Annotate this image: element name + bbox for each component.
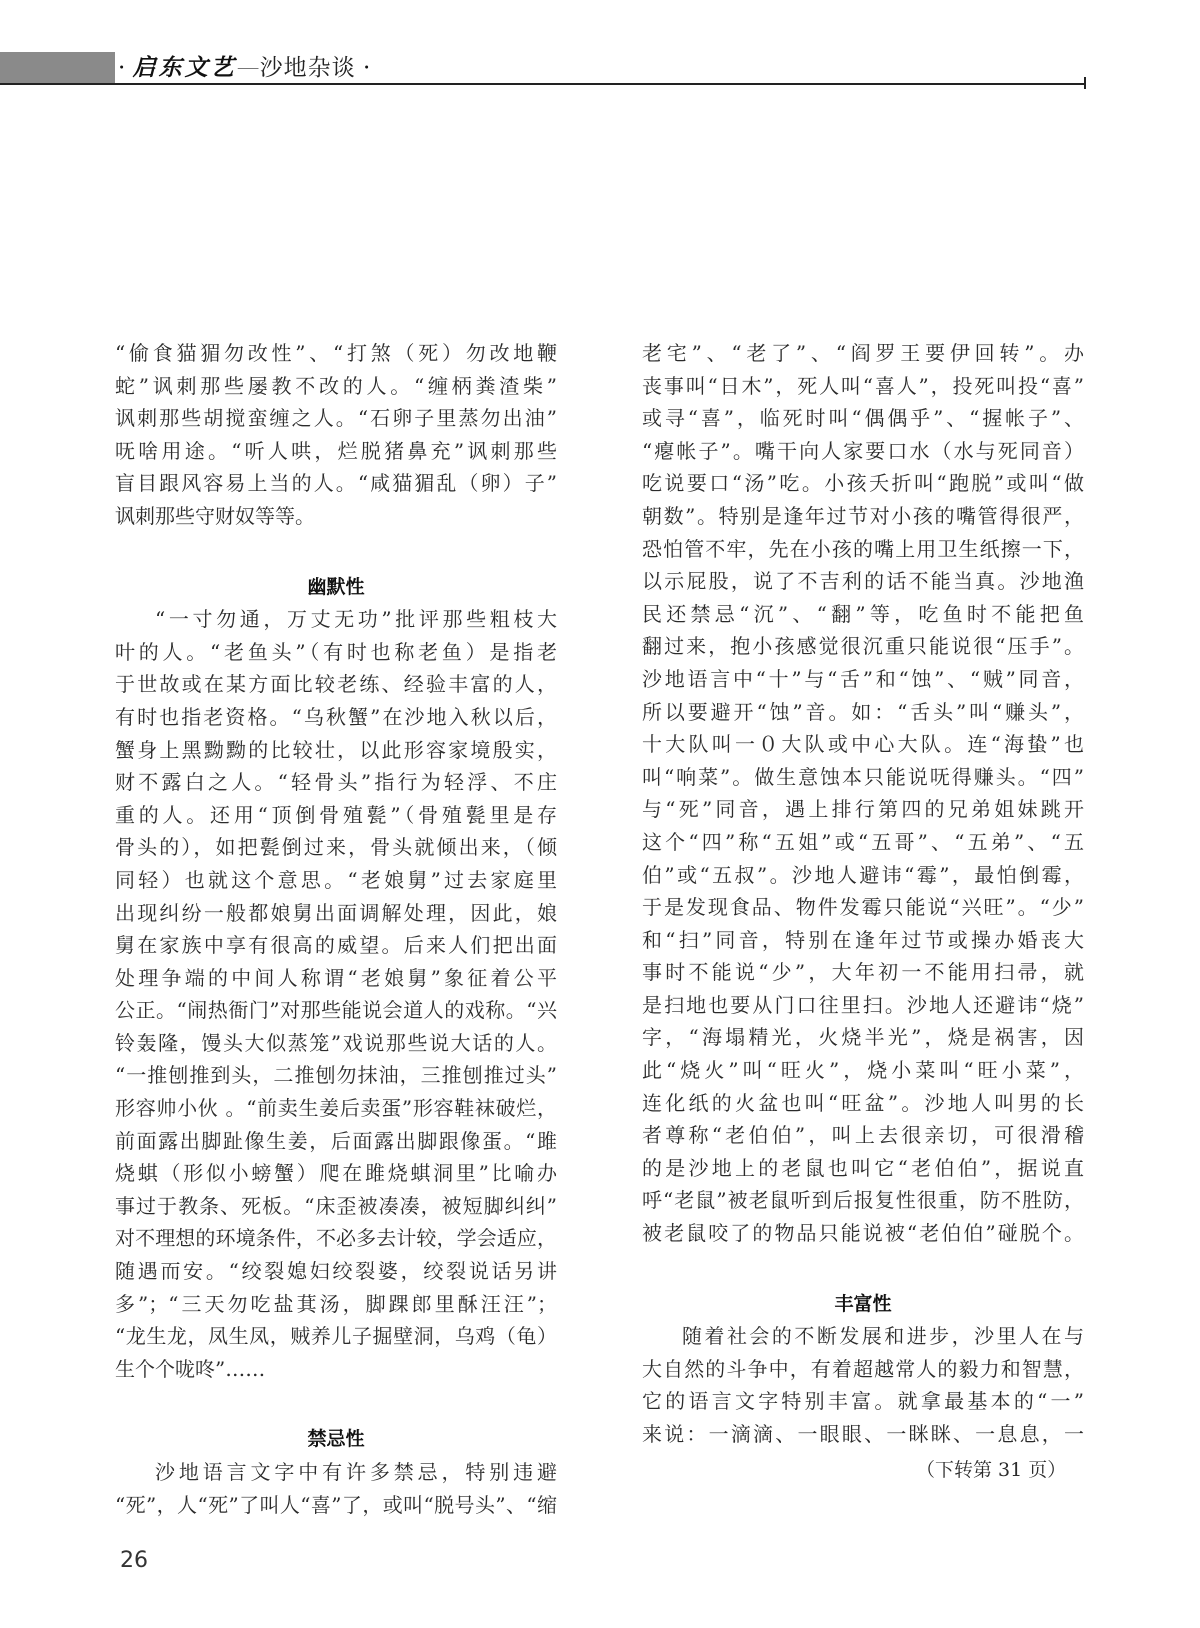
text-line: 朝数”。特别是逢年过节对小孩的嘴管得很严， — [642, 500, 1084, 533]
right-column: 老宅”、“老了”、“阎罗王要伊回转”。办 丧事叫“日木”，死人叫“喜人”，投死叫… — [642, 337, 1084, 1451]
text-line: 与“死”同音，遇上排行第四的兄弟姐妹跳开 — [642, 793, 1084, 826]
text-line: 翻过来，抱小孩感觉很沉重只能说很“压手”。 — [642, 630, 1084, 663]
header-bullet-right: · — [363, 55, 370, 81]
header-rule-end-tick — [1084, 77, 1086, 89]
text-line: 呒啥用途。“听人哄，烂脱猪鼻充”讽刺那些 — [115, 435, 557, 468]
text-line: 形容帅小伙 。“前卖生姜后卖蛋”形容鞋袜破烂， — [115, 1092, 557, 1125]
text-line: 沙地语言中“十”与“舌”和“蚀”、“贼”同音， — [642, 663, 1084, 696]
text-line: 于世故或在某方面比较老练、经验丰富的人， — [115, 668, 557, 701]
text-line: 烧蜞（形似小螃蟹）爬在雎烧蜞洞里”比喻办 — [115, 1157, 557, 1190]
header-brand: 启东文艺 — [133, 54, 237, 81]
text-line: 老宅”、“老了”、“阎罗王要伊回转”。办 — [642, 337, 1084, 370]
text-line: 前面露出脚趾像生姜，后面露出脚跟像蛋。“雎 — [115, 1125, 557, 1158]
text-line: 吃说要口“汤”吃。小孩夭折叫“跑脱”或叫“做 — [642, 467, 1084, 500]
text-line: 处理争端的中间人称谓“老娘舅”象征着公平 — [115, 962, 557, 995]
text-line: 和“扫”同音，特别在逢年过节或操办婚丧大 — [642, 924, 1084, 957]
text-line: 对不理想的环境条件，不必多去计较，学会适应， — [115, 1222, 557, 1255]
header-gray-bar — [0, 52, 115, 84]
section-gap — [642, 1250, 1084, 1288]
text-line: “偷食猫猸勿改性”、“打煞（死）勿改地鞭 — [115, 337, 557, 370]
text-line: 以示屁股，说了不吉利的话不能当真。沙地渔 — [642, 565, 1084, 598]
taboo-paragraph-continued: 老宅”、“老了”、“阎罗王要伊回转”。办 丧事叫“日木”，死人叫“喜人”，投死叫… — [642, 337, 1084, 1250]
text-line: 随遇而安。“绞裂媳妇绞裂婆，绞裂说话另讲 — [115, 1255, 557, 1288]
text-line: 重的人。还用“顶倒骨殖甏”（骨殖甏里是存 — [115, 799, 557, 832]
humor-paragraph: “一寸勿通，万丈无功”批评那些粗枝大 叶的人。“老鱼头”（有时也称老鱼）是指老 … — [115, 603, 557, 1385]
text-line: 者尊称“老伯伯”，叫上去很亲切，可很滑稽 — [642, 1119, 1084, 1152]
section-heading-richness: 丰富性 — [642, 1288, 1084, 1321]
section-heading-taboo: 禁忌性 — [115, 1423, 557, 1456]
text-line: 随着社会的不断发展和进步，沙里人在与 — [642, 1320, 1084, 1353]
text-line: 所以要避开“蚀”音。如：“舌头”叫“赚头”， — [642, 696, 1084, 729]
taboo-paragraph: 沙地语言文字中有许多禁忌，特别违避 “死”，人“死”了叫人“喜”了，或叫“脱号头… — [115, 1456, 557, 1521]
text-line: “瘪帐子”。嘴干向人家要口水（水与死同音） — [642, 435, 1084, 468]
text-line: 蟹身上黑黝黝的比较壮，以此形容家境殷实， — [115, 734, 557, 767]
text-line: 盲目跟风容易上当的人。“咸猫猸乱（卵）子” — [115, 467, 557, 500]
text-line: 骨头的），如把甏倒过来，骨头就倾出来，（倾 — [115, 831, 557, 864]
text-line: 铃轰隆，馒头大似蒸笼”戏说那些说大话的人。 — [115, 1027, 557, 1060]
text-line: 舅在家族中享有很高的威望。后来人们把出面 — [115, 929, 557, 962]
text-line: 它的语言文字特别丰富。就拿最基本的“一” — [642, 1385, 1084, 1418]
text-line: 于是发现食品、物件发霉只能说“兴旺”。“少” — [642, 891, 1084, 924]
text-line: 蛇”讽刺那些屡教不改的人。“缠柄粪渣柴” — [115, 370, 557, 403]
running-header: · 启东文艺—沙地杂谈 · — [118, 52, 370, 84]
text-line: 丧事叫“日木”，死人叫“喜人”，投死叫投“喜” — [642, 370, 1084, 403]
text-line: 公正。“闹热衙门”对那些能说会道人的戏称。“兴 — [115, 994, 557, 1027]
text-line: 有时也指老资格。“乌秋蟹”在沙地入秋以后， — [115, 701, 557, 734]
text-line: 事过于教条、死板。“床歪被凑凑，被短脚纠纠” — [115, 1190, 557, 1223]
continued-on-page-note: （下转第 31 页） — [916, 1455, 1066, 1482]
text-line: 叶的人。“老鱼头”（有时也称老鱼）是指老 — [115, 636, 557, 669]
text-line: 十大队叫一０大队或中心大队。连“海蛰”也 — [642, 728, 1084, 761]
page-number: 26 — [120, 1548, 148, 1573]
section-heading-humor: 幽默性 — [115, 571, 557, 604]
text-line: 讽刺那些守财奴等等。 — [115, 500, 557, 533]
text-line: 生个个咙咚”…… — [115, 1353, 557, 1386]
header-bullet-left: · — [118, 55, 125, 81]
text-line: 字，“海塌精光，火烧半光”，烧是祸害，因 — [642, 1021, 1084, 1054]
text-line: “一推刨推到头，二推刨勿抹油，三推刨推过头” — [115, 1059, 557, 1092]
richness-paragraph: 随着社会的不断发展和进步，沙里人在与 大自然的斗争中，有着超越常人的毅力和智慧，… — [642, 1320, 1084, 1450]
text-line: 民还禁忌“沉”、“翻”等，吃鱼时不能把鱼 — [642, 598, 1084, 631]
section-gap — [115, 533, 557, 571]
text-line: 出现纠纷一般都娘舅出面调解处理，因此，娘 — [115, 897, 557, 930]
text-line: 多”；“三天勿吃盐萁汤，脚踝郎里酥汪汪”； — [115, 1288, 557, 1321]
text-line: 的是沙地上的老鼠也叫它“老伯伯”，据说直 — [642, 1152, 1084, 1185]
text-line: “龙生龙，凤生凤，贼养儿子掘壁洞，乌鸡（龟） — [115, 1320, 557, 1353]
text-line: 事时不能说“少”，大年初一不能用扫帚，就 — [642, 956, 1084, 989]
text-line: 这个“四”称“五姐”或“五哥”、“五弟”、“五 — [642, 826, 1084, 859]
text-line: 是扫地也要从门口往里扫。沙地人还避讳“烧” — [642, 989, 1084, 1022]
text-line: 恐怕管不牢，先在小孩的嘴上用卫生纸擦一下， — [642, 533, 1084, 566]
text-line: 伯”或“五叔”。沙地人避讳“霉”，最怕倒霉， — [642, 859, 1084, 892]
text-line: 来说：一滴滴、一眼眼、一眯眯、一息息，一 — [642, 1418, 1084, 1451]
text-line: 大自然的斗争中，有着超越常人的毅力和智慧， — [642, 1353, 1084, 1386]
header-dash: — — [237, 55, 260, 81]
text-line: 财不露白之人。“轻骨头”指行为轻浮、不庄 — [115, 766, 557, 799]
header-section: 沙地杂谈 — [260, 55, 356, 81]
text-line: 或寻“喜”，临死时叫“偶偶乎”、“握帐子”、 — [642, 402, 1084, 435]
left-column: “偷食猫猸勿改性”、“打煞（死）勿改地鞭 蛇”讽刺那些屡教不改的人。“缠柄粪渣柴… — [115, 337, 557, 1521]
text-line: “一寸勿通，万丈无功”批评那些粗枝大 — [115, 603, 557, 636]
text-line: 同轻）也就这个意思。“老娘舅”过去家庭里 — [115, 864, 557, 897]
section-gap — [115, 1385, 557, 1423]
text-line: 呼“老鼠”被老鼠听到后报复性很重，防不胜防， — [642, 1184, 1084, 1217]
text-line: 讽刺那些胡搅蛮缠之人。“石卵子里蒸勿出油” — [115, 402, 557, 435]
text-line: 此“烧火”叫“旺火”，烧小菜叫“旺小菜”， — [642, 1054, 1084, 1087]
text-line: 叫“响菜”。做生意蚀本只能说呒得赚头。“四” — [642, 761, 1084, 794]
text-line: 沙地语言文字中有许多禁忌，特别违避 — [115, 1456, 557, 1489]
intro-paragraph: “偷食猫猸勿改性”、“打煞（死）勿改地鞭 蛇”讽刺那些屡教不改的人。“缠柄粪渣柴… — [115, 337, 557, 533]
text-line: “死”，人“死”了叫人“喜”了，或叫“脱号头”、“缩 — [115, 1489, 557, 1522]
text-line: 连化纸的火盆也叫“旺盆”。沙地人叫男的长 — [642, 1087, 1084, 1120]
text-line: 被老鼠咬了的物品只能说被“老伯伯”碰脱个。 — [642, 1217, 1084, 1250]
